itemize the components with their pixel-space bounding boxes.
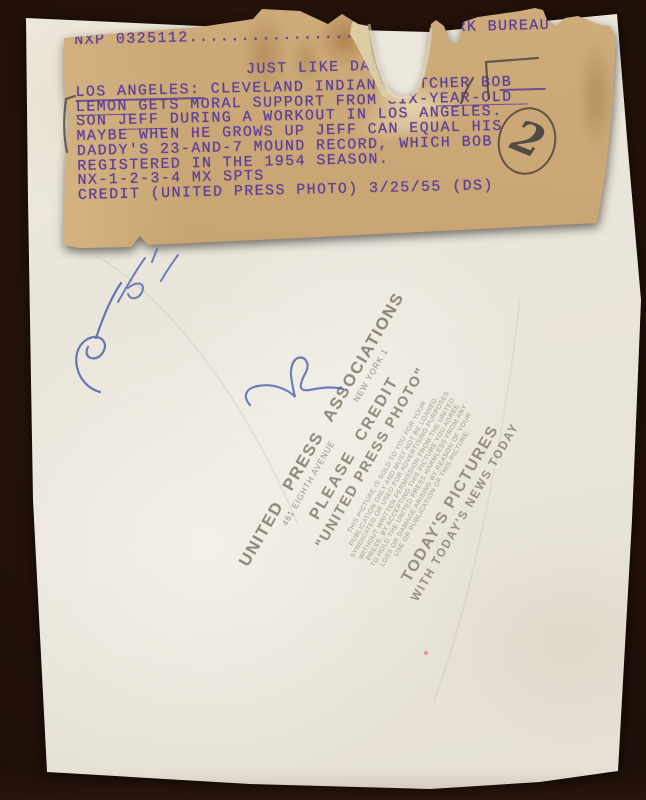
slip-bureau-name: ORK BUREAU xyxy=(446,19,550,36)
typed-underline xyxy=(500,88,546,91)
page-number: 2 xyxy=(504,110,551,169)
edge-stain xyxy=(578,38,614,153)
caption-body: LOS ANGELES: CLEVELAND INDIANS PITCHER B… xyxy=(75,76,515,204)
press-photo-back-scan: UNITED PRESS ASSOCIATIONS 461 EIGHTH AVE… xyxy=(0,0,646,800)
